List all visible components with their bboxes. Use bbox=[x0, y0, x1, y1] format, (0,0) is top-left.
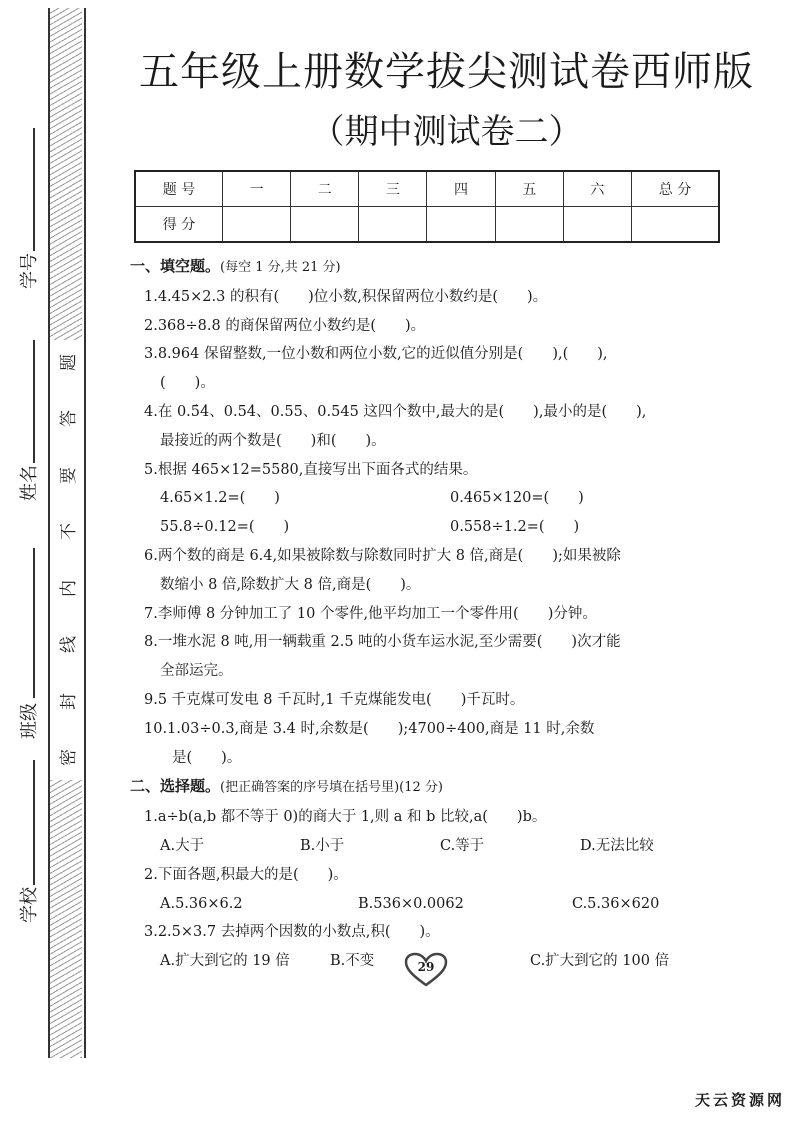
question: 8.一堆水泥 8 吨,用一辆载重 2.5 吨的小货车运水泥,至少需要( )次才能 bbox=[130, 628, 730, 657]
option: C.扩大到它的 100 倍 bbox=[530, 947, 669, 976]
school-line[interactable] bbox=[33, 760, 35, 885]
watermark: 天云资源网 bbox=[695, 1089, 785, 1110]
option: A.扩大到它的 19 倍 bbox=[160, 947, 330, 976]
question: 2.368÷8.8 的商保留两位小数约是( )。 bbox=[130, 312, 730, 341]
q5-item: 55.8÷0.12=( ) bbox=[160, 513, 450, 542]
question: 5.根据 465×12=5580,直接写出下面各式的结果。 bbox=[130, 456, 730, 485]
binding-line-right bbox=[84, 8, 86, 1058]
option: C.等于 bbox=[440, 832, 580, 861]
question: 2.下面各题,积最大的是( )。 bbox=[130, 861, 730, 890]
score-cell[interactable] bbox=[223, 207, 291, 243]
question: 6.两个数的商是 6.4,如果被除数与除数同时扩大 8 倍,商是( );如果被除 bbox=[130, 542, 730, 571]
section-2-note: (把正确答案的序号填在括号里)(12 分) bbox=[220, 780, 443, 795]
seal-char: 答 bbox=[54, 410, 79, 427]
question-continued: 是( )。 bbox=[130, 744, 730, 773]
option: A.大于 bbox=[160, 832, 300, 861]
seal-char: 要 bbox=[54, 467, 79, 484]
seal-char: 密 bbox=[54, 749, 79, 766]
page-subtitle: （期中测试卷二） bbox=[100, 104, 793, 153]
header-cell: 题 号 bbox=[135, 171, 223, 207]
q5-item: 4.65×1.2=( ) bbox=[160, 484, 450, 513]
section-1-heading: 一、填空题。(每空 1 分,共 21 分) bbox=[130, 252, 730, 283]
score-cell[interactable] bbox=[427, 207, 495, 243]
score-table-score-row: 得 分 bbox=[135, 207, 719, 243]
name-line[interactable] bbox=[33, 340, 35, 465]
question: 4.在 0.5̇4̇、0.54̇、0.55、0.545 这四个数中,最大的是( … bbox=[130, 398, 730, 427]
class-label: 班级 bbox=[15, 701, 41, 741]
question: 3.2.5×3.7 去掉两个因数的小数点,积( )。 bbox=[130, 918, 730, 947]
option: A.5.36×6.2 bbox=[160, 890, 358, 919]
score-table-header-row: 题 号 一 二 三 四 五 六 总 分 bbox=[135, 171, 719, 207]
header-cell: 三 bbox=[359, 171, 427, 207]
row-label: 得 分 bbox=[135, 207, 223, 243]
q5-item: 0.558÷1.2=( ) bbox=[450, 513, 579, 542]
header-cell: 五 bbox=[495, 171, 563, 207]
page-title: 五年级上册数学拔尖测试卷西师版 bbox=[100, 40, 793, 97]
options-row: A.大于 B.小于 C.等于 D.无法比较 bbox=[130, 832, 730, 861]
q5-row: 4.65×1.2=( ) 0.465×120=( ) bbox=[130, 484, 730, 513]
seal-char: 题 bbox=[54, 354, 79, 371]
option: B.小于 bbox=[300, 832, 440, 861]
header-cell: 二 bbox=[291, 171, 359, 207]
header-cell: 六 bbox=[563, 171, 631, 207]
q5-item: 0.465×120=( ) bbox=[450, 484, 584, 513]
question: 1.4.45×2.3 的积有( )位小数,积保留两位小数约是( )。 bbox=[130, 283, 730, 312]
seal-char: 不 bbox=[54, 523, 79, 540]
question: 9.5 千克煤可发电 8 千瓦时,1 千克煤能发电( )千瓦时。 bbox=[130, 686, 730, 715]
question: 10.1.03÷0.3,商是 3.4 时,余数是( );4700÷400,商是 … bbox=[130, 715, 730, 744]
question: 7.李师傅 8 分钟加工了 10 个零件,他平均加工一个零件用( )分钟。 bbox=[130, 600, 730, 629]
seal-char: 封 bbox=[54, 693, 79, 710]
question-continued: 数缩小 8 倍,除数扩大 8 倍,商是( )。 bbox=[130, 571, 730, 600]
page-number: 29 bbox=[404, 960, 448, 974]
page-number-badge: 29 bbox=[404, 952, 448, 988]
section-2-title: 二、选择题。 bbox=[130, 777, 220, 795]
option: D.无法比较 bbox=[580, 832, 654, 861]
score-cell[interactable] bbox=[291, 207, 359, 243]
question: 1.a÷b(a,b 都不等于 0)的商大于 1,则 a 和 b 比较,a( )b… bbox=[130, 803, 730, 832]
score-cell[interactable] bbox=[563, 207, 631, 243]
question-continued: 最接近的两个数是( )和( )。 bbox=[130, 427, 730, 456]
section-2-heading: 二、选择题。(把正确答案的序号填在括号里)(12 分) bbox=[130, 772, 730, 803]
question: 3.8.964 保留整数,一位小数和两位小数,它的近似值分别是( ),( ), bbox=[130, 340, 730, 369]
exam-content: 一、填空题。(每空 1 分,共 21 分) 1.4.45×2.3 的积有( )位… bbox=[130, 252, 730, 976]
seal-char: 线 bbox=[54, 636, 79, 653]
question-continued: ( )。 bbox=[130, 369, 730, 398]
score-table: 题 号 一 二 三 四 五 六 总 分 得 分 bbox=[134, 170, 720, 243]
question-continued: 全部运完。 bbox=[130, 657, 730, 686]
option: C.5.36×620 bbox=[572, 890, 659, 919]
seal-text-strip: 题 答 要 不 内 线 封 密 bbox=[50, 340, 82, 780]
school-label: 学校 bbox=[15, 885, 41, 925]
options-row: A.5.36×6.2 B.536×0.0062 C.5.36×620 bbox=[130, 890, 730, 919]
score-cell[interactable] bbox=[632, 207, 720, 243]
header-cell: 总 分 bbox=[632, 171, 720, 207]
name-label: 姓名 bbox=[15, 463, 41, 503]
section-1-note: (每空 1 分,共 21 分) bbox=[220, 260, 341, 275]
header-cell: 四 bbox=[427, 171, 495, 207]
seal-char: 内 bbox=[54, 580, 79, 597]
option: B.536×0.0062 bbox=[358, 890, 572, 919]
class-line[interactable] bbox=[33, 548, 35, 698]
score-cell[interactable] bbox=[359, 207, 427, 243]
section-1-title: 一、填空题。 bbox=[130, 257, 220, 275]
score-cell[interactable] bbox=[495, 207, 563, 243]
header-cell: 一 bbox=[223, 171, 291, 207]
student-id-line[interactable] bbox=[33, 128, 35, 253]
q5-row: 55.8÷0.12=( ) 0.558÷1.2=( ) bbox=[130, 513, 730, 542]
binding-margin: 题 答 要 不 内 线 封 密 学号 姓名 班级 学校 bbox=[0, 0, 100, 1122]
student-id-label: 学号 bbox=[15, 251, 41, 291]
